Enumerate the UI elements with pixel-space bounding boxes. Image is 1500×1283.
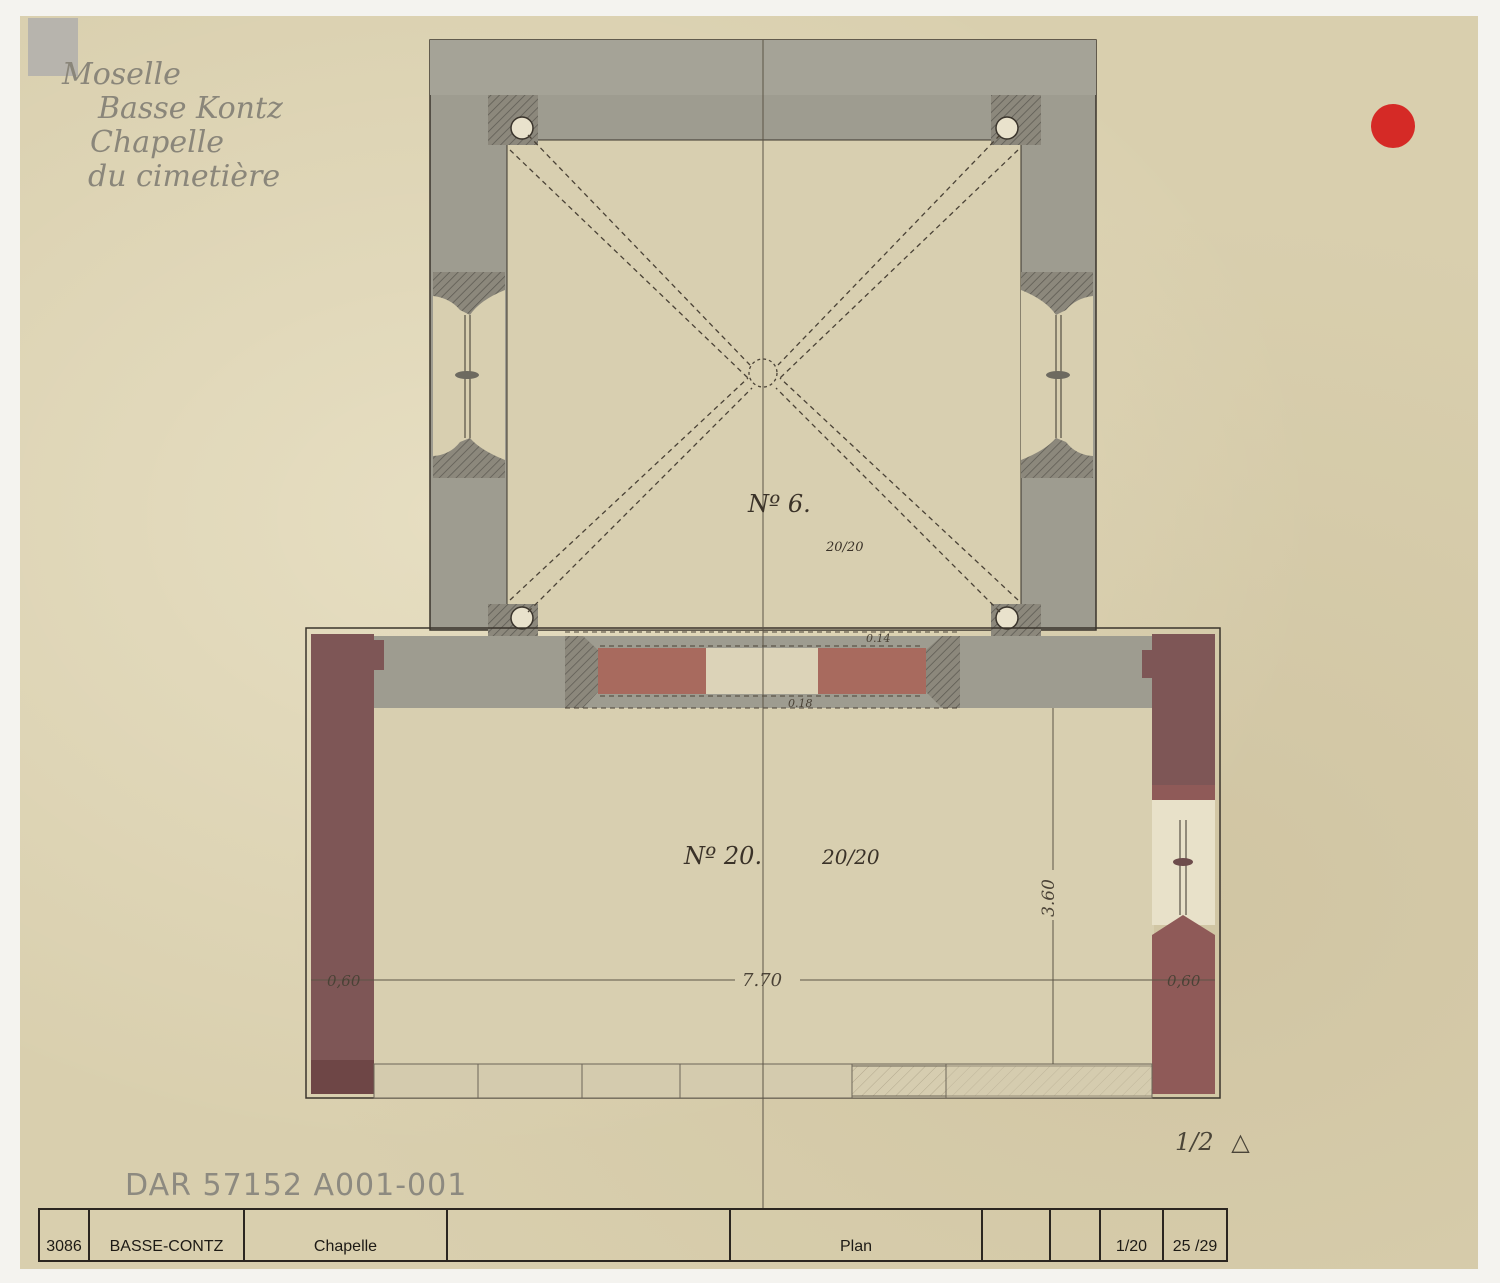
dimension-door-top: 0.14: [866, 632, 891, 645]
room-label-choir: Nº 6.: [748, 490, 811, 518]
cell-blank-3: [1051, 1210, 1101, 1260]
cell-view: Plan: [731, 1210, 983, 1260]
choir-window-right: [1021, 272, 1093, 478]
room-label-nave: Nº 20.: [684, 842, 762, 870]
cartouche-sheet: 25 /29: [1164, 1238, 1226, 1256]
floor-plan-drawing: [0, 0, 1500, 1283]
title-block: 3086 BASSE-CONTZ Chapelle Plan 1/20 25 /…: [38, 1208, 1228, 1262]
cell-number: 3086: [40, 1210, 90, 1260]
archive-reference: DAR 57152 A001-001: [125, 1168, 467, 1203]
scale-fraction: 1/2: [1175, 1128, 1214, 1156]
room-note-nave: 20/20: [822, 845, 880, 869]
triangle-icon: △: [1231, 1128, 1249, 1156]
cell-blank-2: [983, 1210, 1051, 1260]
room-note-choir: 20/20: [826, 540, 863, 555]
cell-building: Chapelle: [245, 1210, 448, 1260]
cartouche-view: Plan: [731, 1238, 981, 1256]
cell-commune: BASSE-CONTZ: [90, 1210, 245, 1260]
dimension-wall-right: 0,60: [1167, 972, 1200, 990]
cell-sheet: 25 /29: [1164, 1210, 1226, 1260]
dimension-door-bottom: 0.18: [788, 697, 813, 710]
cartouche-number: 3086: [40, 1238, 88, 1256]
cell-blank-1: [448, 1210, 731, 1260]
cartouche-building: Chapelle: [245, 1238, 446, 1256]
cartouche-commune: BASSE-CONTZ: [90, 1238, 243, 1256]
dimension-wall-left: 0,60: [327, 972, 360, 990]
scale-note: 1/2 △: [1175, 1128, 1250, 1156]
cell-scale: 1/20: [1101, 1210, 1164, 1260]
dimension-depth: 3.60: [1039, 879, 1059, 917]
dimension-width: 7.70: [742, 970, 782, 991]
choir-window-left: [433, 272, 505, 478]
cartouche-scale: 1/20: [1101, 1238, 1162, 1256]
